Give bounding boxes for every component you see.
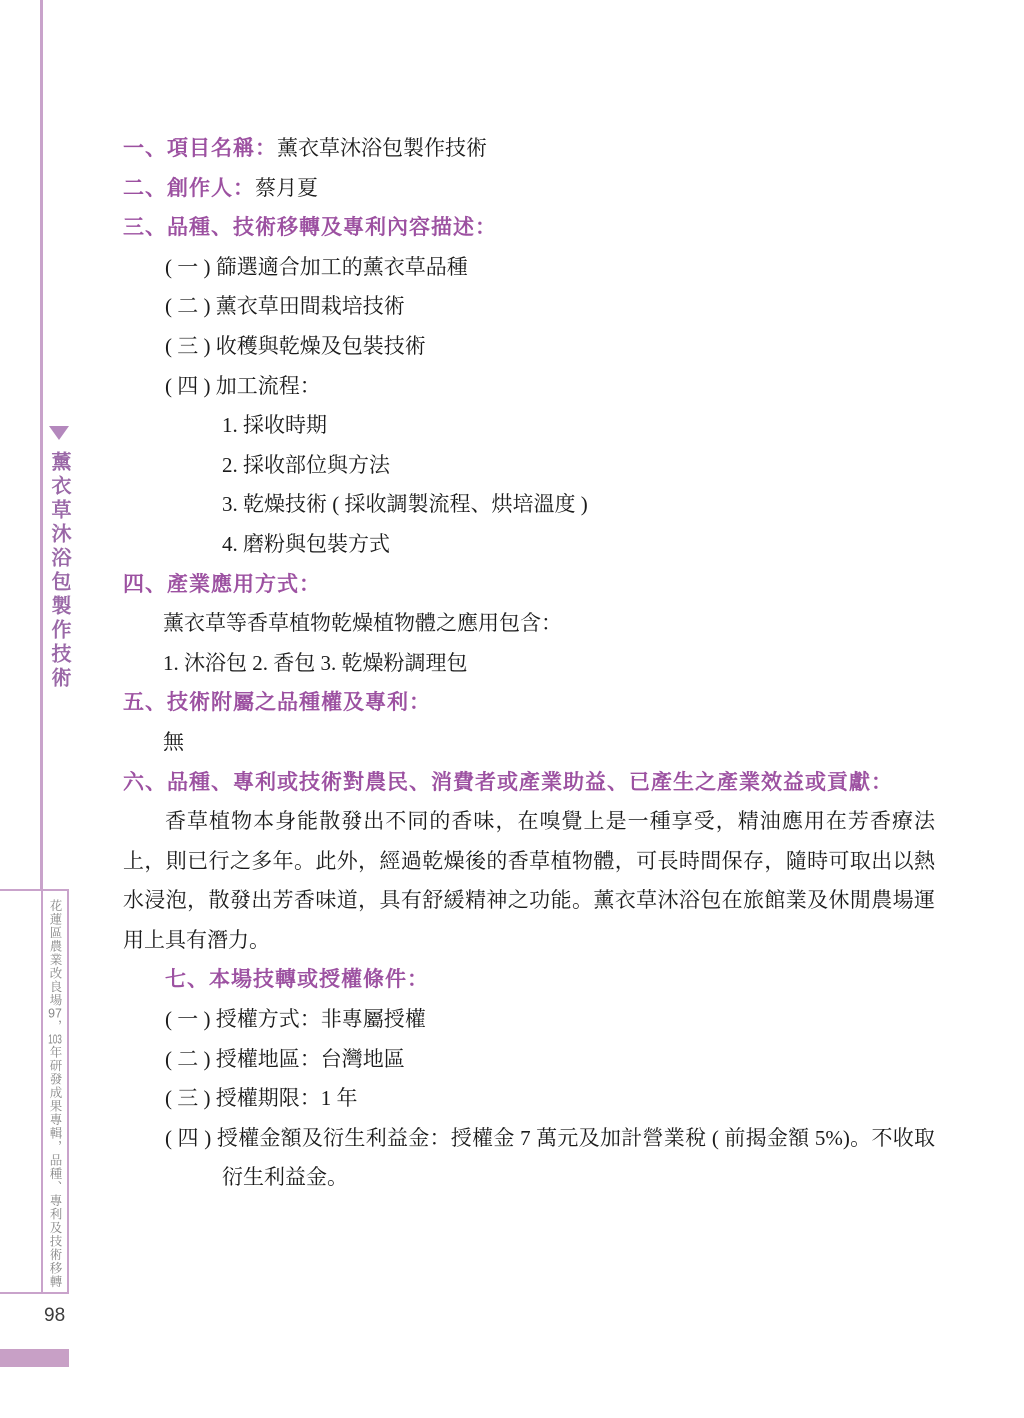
list-item-7-2: ( 二 ) 授權地區：台灣地區: [165, 1040, 935, 1080]
section-6-heading: 六、品種、專利或技術對農民、消費者或產業助益、已產生之產業效益或貢獻：: [123, 763, 935, 803]
list-item-7-3: ( 三 ) 授權期限：1 年: [165, 1079, 935, 1119]
section-3-heading-text: 三、品種、技術移轉及專利內容描述：: [123, 216, 497, 239]
sidebar-empty-box: [0, 889, 43, 1294]
sublist-item-2: 2. 採收部位與方法: [222, 446, 935, 486]
sublist-item-4: 4. 磨粉與包裝方式: [222, 525, 935, 565]
section-7-heading-text: 七、本場技轉或授權條件：: [165, 968, 429, 991]
list-item-3-3: ( 三 ) 收穫與乾燥及包裝技術: [165, 327, 935, 367]
section-5-value: 無: [163, 723, 935, 763]
list-item-3-2: ( 二 ) 薰衣草田間栽培技術: [165, 287, 935, 327]
volume-note-part2: 年研發成果專輯，品種、專利及技術移轉: [48, 1046, 62, 1289]
list-item-3-1: ( 一 ) 篩選適合加工的薰衣草品種: [165, 248, 935, 288]
volume-note-num2: 103: [48, 1033, 62, 1046]
document-page: { "colors": { "heading_purple": "#9c51a1…: [0, 0, 1024, 1418]
section-1-heading: 一、項目名稱：: [123, 137, 277, 160]
document-body: 一、項目名稱：薰衣草沐浴包製作技術 二、創作人：蔡月夏 三、品種、技術移轉及專利…: [123, 129, 935, 1198]
section-1-project-name: 一、項目名稱：薰衣草沐浴包製作技術: [123, 129, 935, 169]
section-4-line-2: 1. 沐浴包 2. 香包 3. 乾燥粉調理包: [163, 644, 935, 684]
section-5-heading: 五、技術附屬之品種權及專利：: [123, 683, 935, 723]
triangle-down-icon: [49, 426, 69, 440]
section-7-heading: 七、本場技轉或授權條件：: [165, 960, 935, 1000]
volume-note-box: 花蓮區農業改良場97，103年研發成果專輯，品種、專利及技術移轉: [41, 889, 69, 1294]
section-4-line-1: 薰衣草等香草植物乾燥植物體之應用包含：: [163, 604, 935, 644]
sublist-item-3: 3. 乾燥技術 ( 採收調製流程、烘培溫度 ): [222, 485, 935, 525]
section-2-creator: 二、創作人：蔡月夏: [123, 169, 935, 209]
chapter-title-vertical: 薰衣草沐浴包製作技術: [45, 451, 74, 691]
bottom-decorative-bar: [0, 1349, 69, 1367]
section-6-heading-text: 六、品種、專利或技術對農民、消費者或產業助益、已產生之產業效益或貢獻：: [123, 771, 893, 794]
volume-note-part1: 花蓮區農業改良場: [48, 899, 62, 1007]
list-item-3-4: ( 四 ) 加工流程：: [165, 367, 935, 407]
section-5-heading-text: 五、技術附屬之品種權及專利：: [123, 691, 431, 714]
section-1-value: 薰衣草沐浴包製作技術: [277, 136, 487, 160]
list-item-7-4: ( 四 ) 授權金額及衍生利益金：授權金 7 萬元及加計營業稅 ( 前揭金額 5…: [123, 1119, 935, 1198]
section-4-heading-text: 四、產業應用方式：: [123, 573, 321, 596]
section-2-heading: 二、創作人：: [123, 177, 255, 200]
volume-note-num1: 97: [48, 1007, 62, 1020]
list-item-7-1: ( 一 ) 授權方式：非專屬授權: [165, 1000, 935, 1040]
volume-note-sep: ，: [48, 1020, 62, 1034]
page-number: 98: [44, 1305, 65, 1327]
section-3-heading: 三、品種、技術移轉及專利內容描述：: [123, 208, 935, 248]
sublist-item-1: 1. 採收時期: [222, 406, 935, 446]
section-4-heading: 四、產業應用方式：: [123, 565, 935, 605]
sidebar-vertical-rule: [40, 0, 43, 891]
volume-note-text: 花蓮區農業改良場97，103年研發成果專輯，品種、專利及技術移轉: [43, 899, 67, 1292]
section-6-paragraph: 香草植物本身能散發出不同的香味，在嗅覺上是一種享受，精油應用在芳香療法上，則已行…: [123, 802, 935, 960]
section-2-value: 蔡月夏: [255, 176, 318, 200]
